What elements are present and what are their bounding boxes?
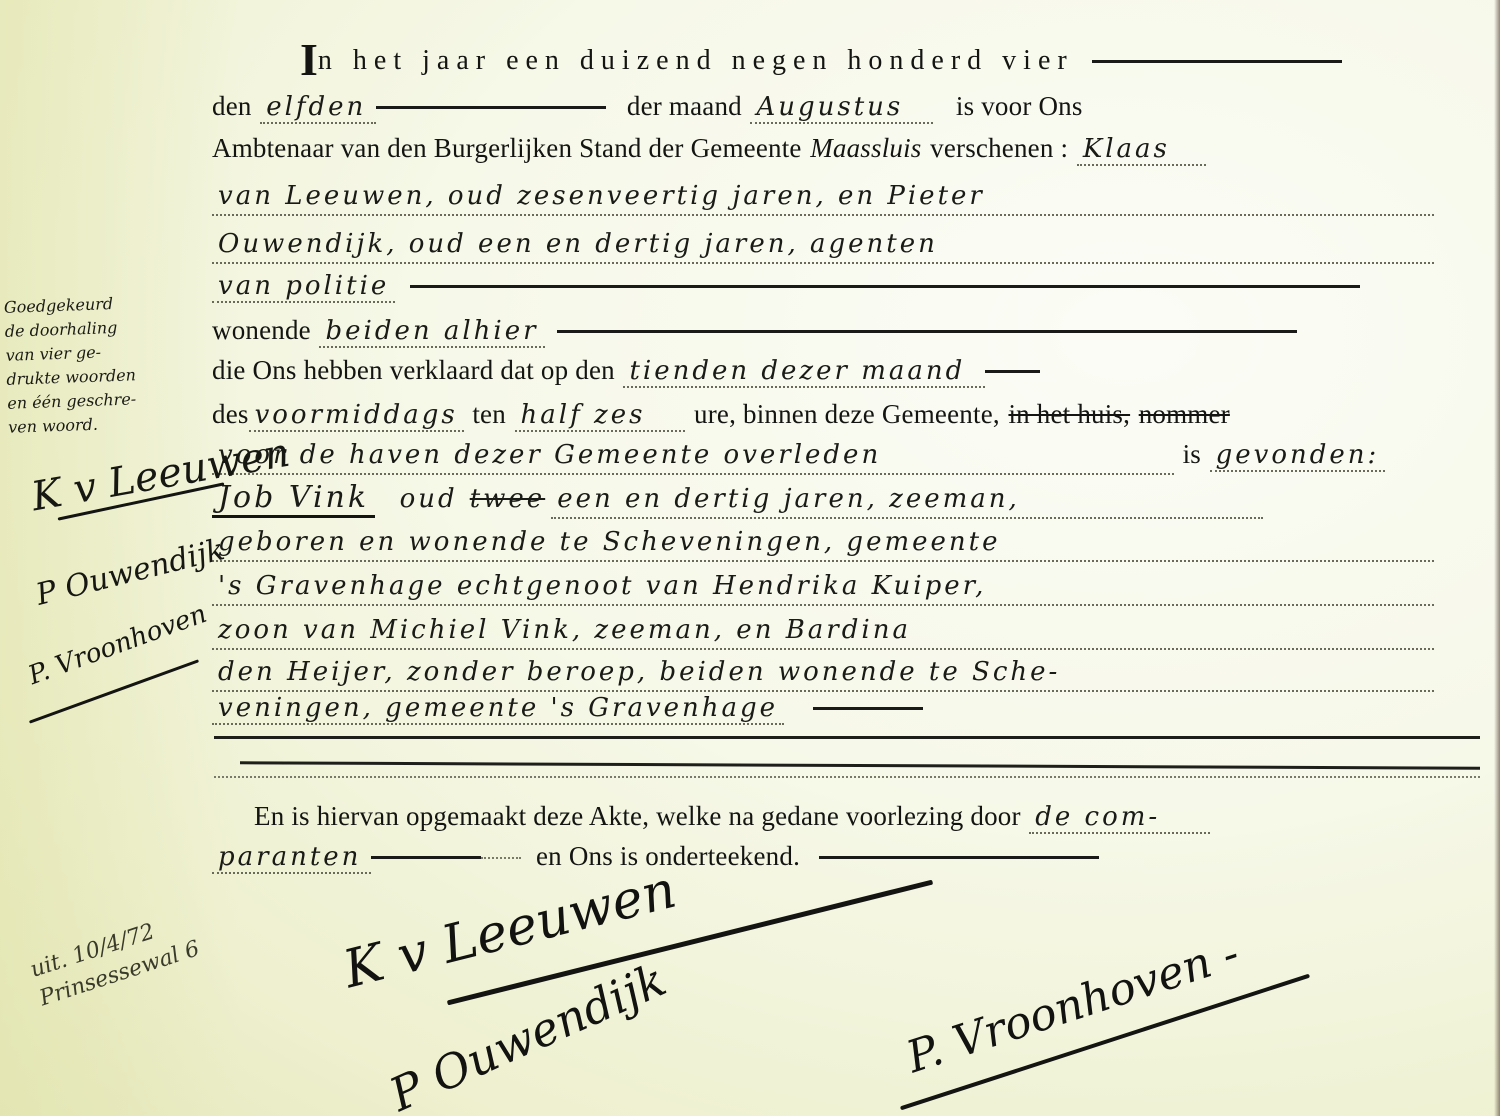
spouse-field[interactable]: 's Gravenhage echtgenoot van Hendrika Ku…	[212, 568, 1434, 606]
label-ambtenaar: Ambtenaar van den Burgerlijken Stand der…	[212, 133, 802, 163]
occupation-field[interactable]: van politie	[212, 271, 395, 303]
daypart-field[interactable]: voormiddags	[249, 400, 464, 432]
reader-field-cont[interactable]: paranten	[212, 842, 371, 874]
deceased-line: Job Vink oudtweeeen en dertig jaren, zee…	[212, 480, 1480, 519]
date-line: den elfden der maand Augustus is voor On…	[212, 88, 1480, 125]
fill-dots	[481, 857, 521, 859]
fill-rule	[557, 330, 1297, 333]
declarant-line-3: van politie	[212, 268, 1480, 304]
label-ure: ure, binnen deze Gemeente,	[694, 399, 1000, 429]
fill-rule	[985, 370, 1040, 373]
location-line: voor de haven dezer Gemeente overleden i…	[212, 436, 1480, 475]
parents-residence-field[interactable]: veningen, gemeente 's Gravenhage	[212, 693, 784, 725]
struck-age: twee	[464, 484, 551, 514]
death-date-field[interactable]: tienden dezer maand	[623, 356, 985, 388]
closing-text: En is hiervan opgemaakt deze Akte, welke…	[254, 801, 1021, 831]
time-field[interactable]: half zes	[515, 400, 686, 432]
signed-line: paranten en Ons is onderteekend.	[212, 838, 1480, 875]
fill-rule	[813, 707, 923, 710]
day-field[interactable]: elfden	[260, 92, 376, 124]
heading-line: In het jaar een duizend negen honderd vi…	[300, 42, 1480, 79]
parents-line-2: den Heijer, zonder beroep, beiden wonend…	[212, 654, 1480, 692]
fill-rule	[376, 106, 606, 109]
margin-signature-official: P. Vroonhoven	[25, 599, 211, 691]
declarant-line-2: Ouwendijk, oud een en dertig jaren, agen…	[212, 226, 1480, 264]
spouse-line: 's Gravenhage echtgenoot van Hendrika Ku…	[212, 568, 1480, 606]
pencil-archive-note: uit. 10/4/72 Prinsessewal 6	[27, 906, 204, 1014]
father-field[interactable]: zoon van Michiel Vink, zeeman, en Bardin…	[212, 612, 1434, 650]
age-prefix: oud	[394, 484, 464, 514]
parents-line-3: veningen, gemeente 's Gravenhage	[212, 690, 1480, 726]
blank-dotline	[214, 776, 1480, 778]
fill-rule	[819, 856, 1099, 859]
municipality-name: Maassluis	[810, 133, 921, 163]
deceased-name[interactable]: Job Vink	[212, 480, 375, 518]
struck-text-huis: in het huis,	[1008, 399, 1130, 429]
birthplace-line: geboren en wonende te Scheveningen, geme…	[212, 524, 1480, 562]
closing-line: En is hiervan opgemaakt deze Akte, welke…	[254, 798, 1480, 835]
official-line: Ambtenaar van den Burgerlijken Stand der…	[212, 130, 1480, 167]
declarant-field[interactable]: Klaas	[1077, 134, 1206, 166]
label-is: is	[1183, 439, 1201, 469]
mother-field[interactable]: den Heijer, zonder beroep, beiden wonend…	[212, 654, 1434, 692]
label-verklaard: die Ons hebben verklaard dat op den	[212, 355, 615, 385]
year-text: n het jaar een duizend negen honderd vie…	[318, 45, 1074, 76]
month-field[interactable]: Augustus	[750, 92, 933, 124]
declaration-line: die Ons hebben verklaard dat op den tien…	[212, 352, 1480, 389]
label-voor-ons: is voor Ons	[956, 91, 1083, 121]
signature-official: P. Vroonhoven -	[901, 928, 1246, 1083]
label-verschenen: verschenen :	[930, 133, 1068, 163]
fill-rule	[1092, 60, 1342, 63]
declarant-text-1[interactable]: van Leeuwen, oud zesenveertig jaren, en …	[212, 178, 1434, 216]
residence-field[interactable]: beiden alhier	[319, 316, 544, 348]
residence-line: wonende beiden alhier	[212, 312, 1480, 349]
struck-text-nommer: nommer	[1139, 399, 1230, 429]
time-line: desvoormiddags ten half zes ure, binnen …	[212, 396, 1480, 433]
declarant-text-2[interactable]: Ouwendijk, oud een en dertig jaren, agen…	[212, 226, 1434, 264]
fill-rule	[371, 856, 481, 859]
initial-capital: I	[300, 34, 318, 85]
location-field[interactable]: voor de haven dezer Gemeente overleden	[212, 437, 1174, 475]
label-ten: ten	[472, 399, 506, 429]
label-maand: der maand	[627, 91, 742, 121]
label-wonende: wonende	[212, 315, 311, 345]
page-edge	[1494, 0, 1500, 1116]
label-den: den	[212, 91, 252, 121]
declarant-line-1: van Leeuwen, oud zesenveertig jaren, en …	[212, 178, 1480, 216]
found-field[interactable]: gevonden:	[1210, 440, 1386, 472]
blank-rule-2	[240, 761, 1480, 769]
blank-rule-1	[214, 736, 1480, 739]
margin-approval-note: Goedgekeurd de doorhaling van vier ge- d…	[4, 288, 229, 440]
fill-rule	[410, 285, 1360, 288]
parents-line-1: zoon van Michiel Vink, zeeman, en Bardin…	[212, 612, 1480, 650]
age-occupation-field[interactable]: een en dertig jaren, zeeman,	[551, 481, 1263, 519]
birthplace-field[interactable]: geboren en wonende te Scheveningen, geme…	[212, 524, 1434, 562]
reader-field[interactable]: de com-	[1029, 802, 1210, 834]
